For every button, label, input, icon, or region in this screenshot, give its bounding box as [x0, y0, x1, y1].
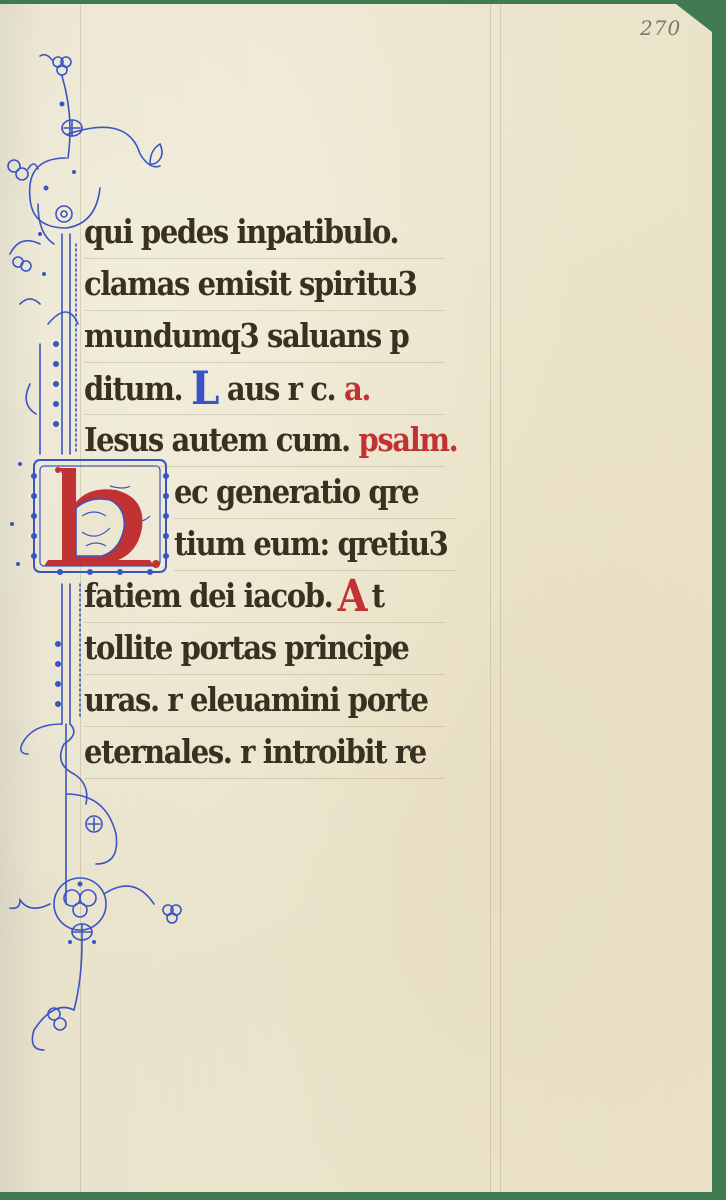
text-segment: tium eum: qretiu3: [174, 524, 447, 563]
text-line-2: clamas emisit spiritu3: [84, 258, 445, 311]
text-segment: ditum.: [84, 369, 182, 408]
text-line-11: eternales. r introibit re: [84, 726, 445, 779]
text-line-7: tium eum: qretiu3: [174, 518, 456, 571]
text-segment: ec generatio qre: [174, 472, 418, 511]
text-line-4: ditum.Laus r c. a.: [84, 362, 445, 415]
text-line-5: Iesus autem cum. psalm.: [84, 414, 445, 467]
text-line-3: mundumq3 saluans p: [84, 310, 445, 363]
text-segment: qui pedes inpatibulo.: [84, 212, 398, 251]
text-segment: aus r c.: [227, 369, 344, 408]
ruling-line-right-outer: [500, 4, 501, 1192]
text-segment: clamas emisit spiritu3: [84, 264, 416, 303]
text-segment: Iesus autem cum.: [84, 420, 358, 459]
text-line-1: qui pedes inpatibulo.: [84, 206, 445, 259]
text-segment: t: [372, 576, 384, 615]
text-segment: uras. r eleuamini porte: [84, 680, 428, 719]
text-segment: tollite portas principe: [84, 628, 408, 667]
text-line-6: ec generatio qre: [174, 466, 456, 519]
text-line-10: uras. r eleuamini porte: [84, 674, 445, 727]
text-segment: fatiem dei iacob.: [84, 576, 332, 615]
folio-number: 270: [640, 16, 681, 40]
text-line-9: tollite portas principe: [84, 622, 445, 675]
blue-capital-l: L: [191, 362, 218, 414]
manuscript-folio: 270: [0, 4, 712, 1193]
text-segment: eternales. r introibit re: [84, 732, 426, 771]
text-line-8: fatiem dei iacob.At: [84, 570, 445, 623]
red-capital-a: A: [338, 571, 367, 623]
rubric-psalm: psalm.: [358, 420, 457, 459]
text-block: qui pedes inpatibulo. clamas emisit spir…: [84, 196, 494, 776]
rubric-antiphon: a.: [344, 369, 370, 408]
text-segment: mundumq3 saluans p: [84, 316, 408, 355]
